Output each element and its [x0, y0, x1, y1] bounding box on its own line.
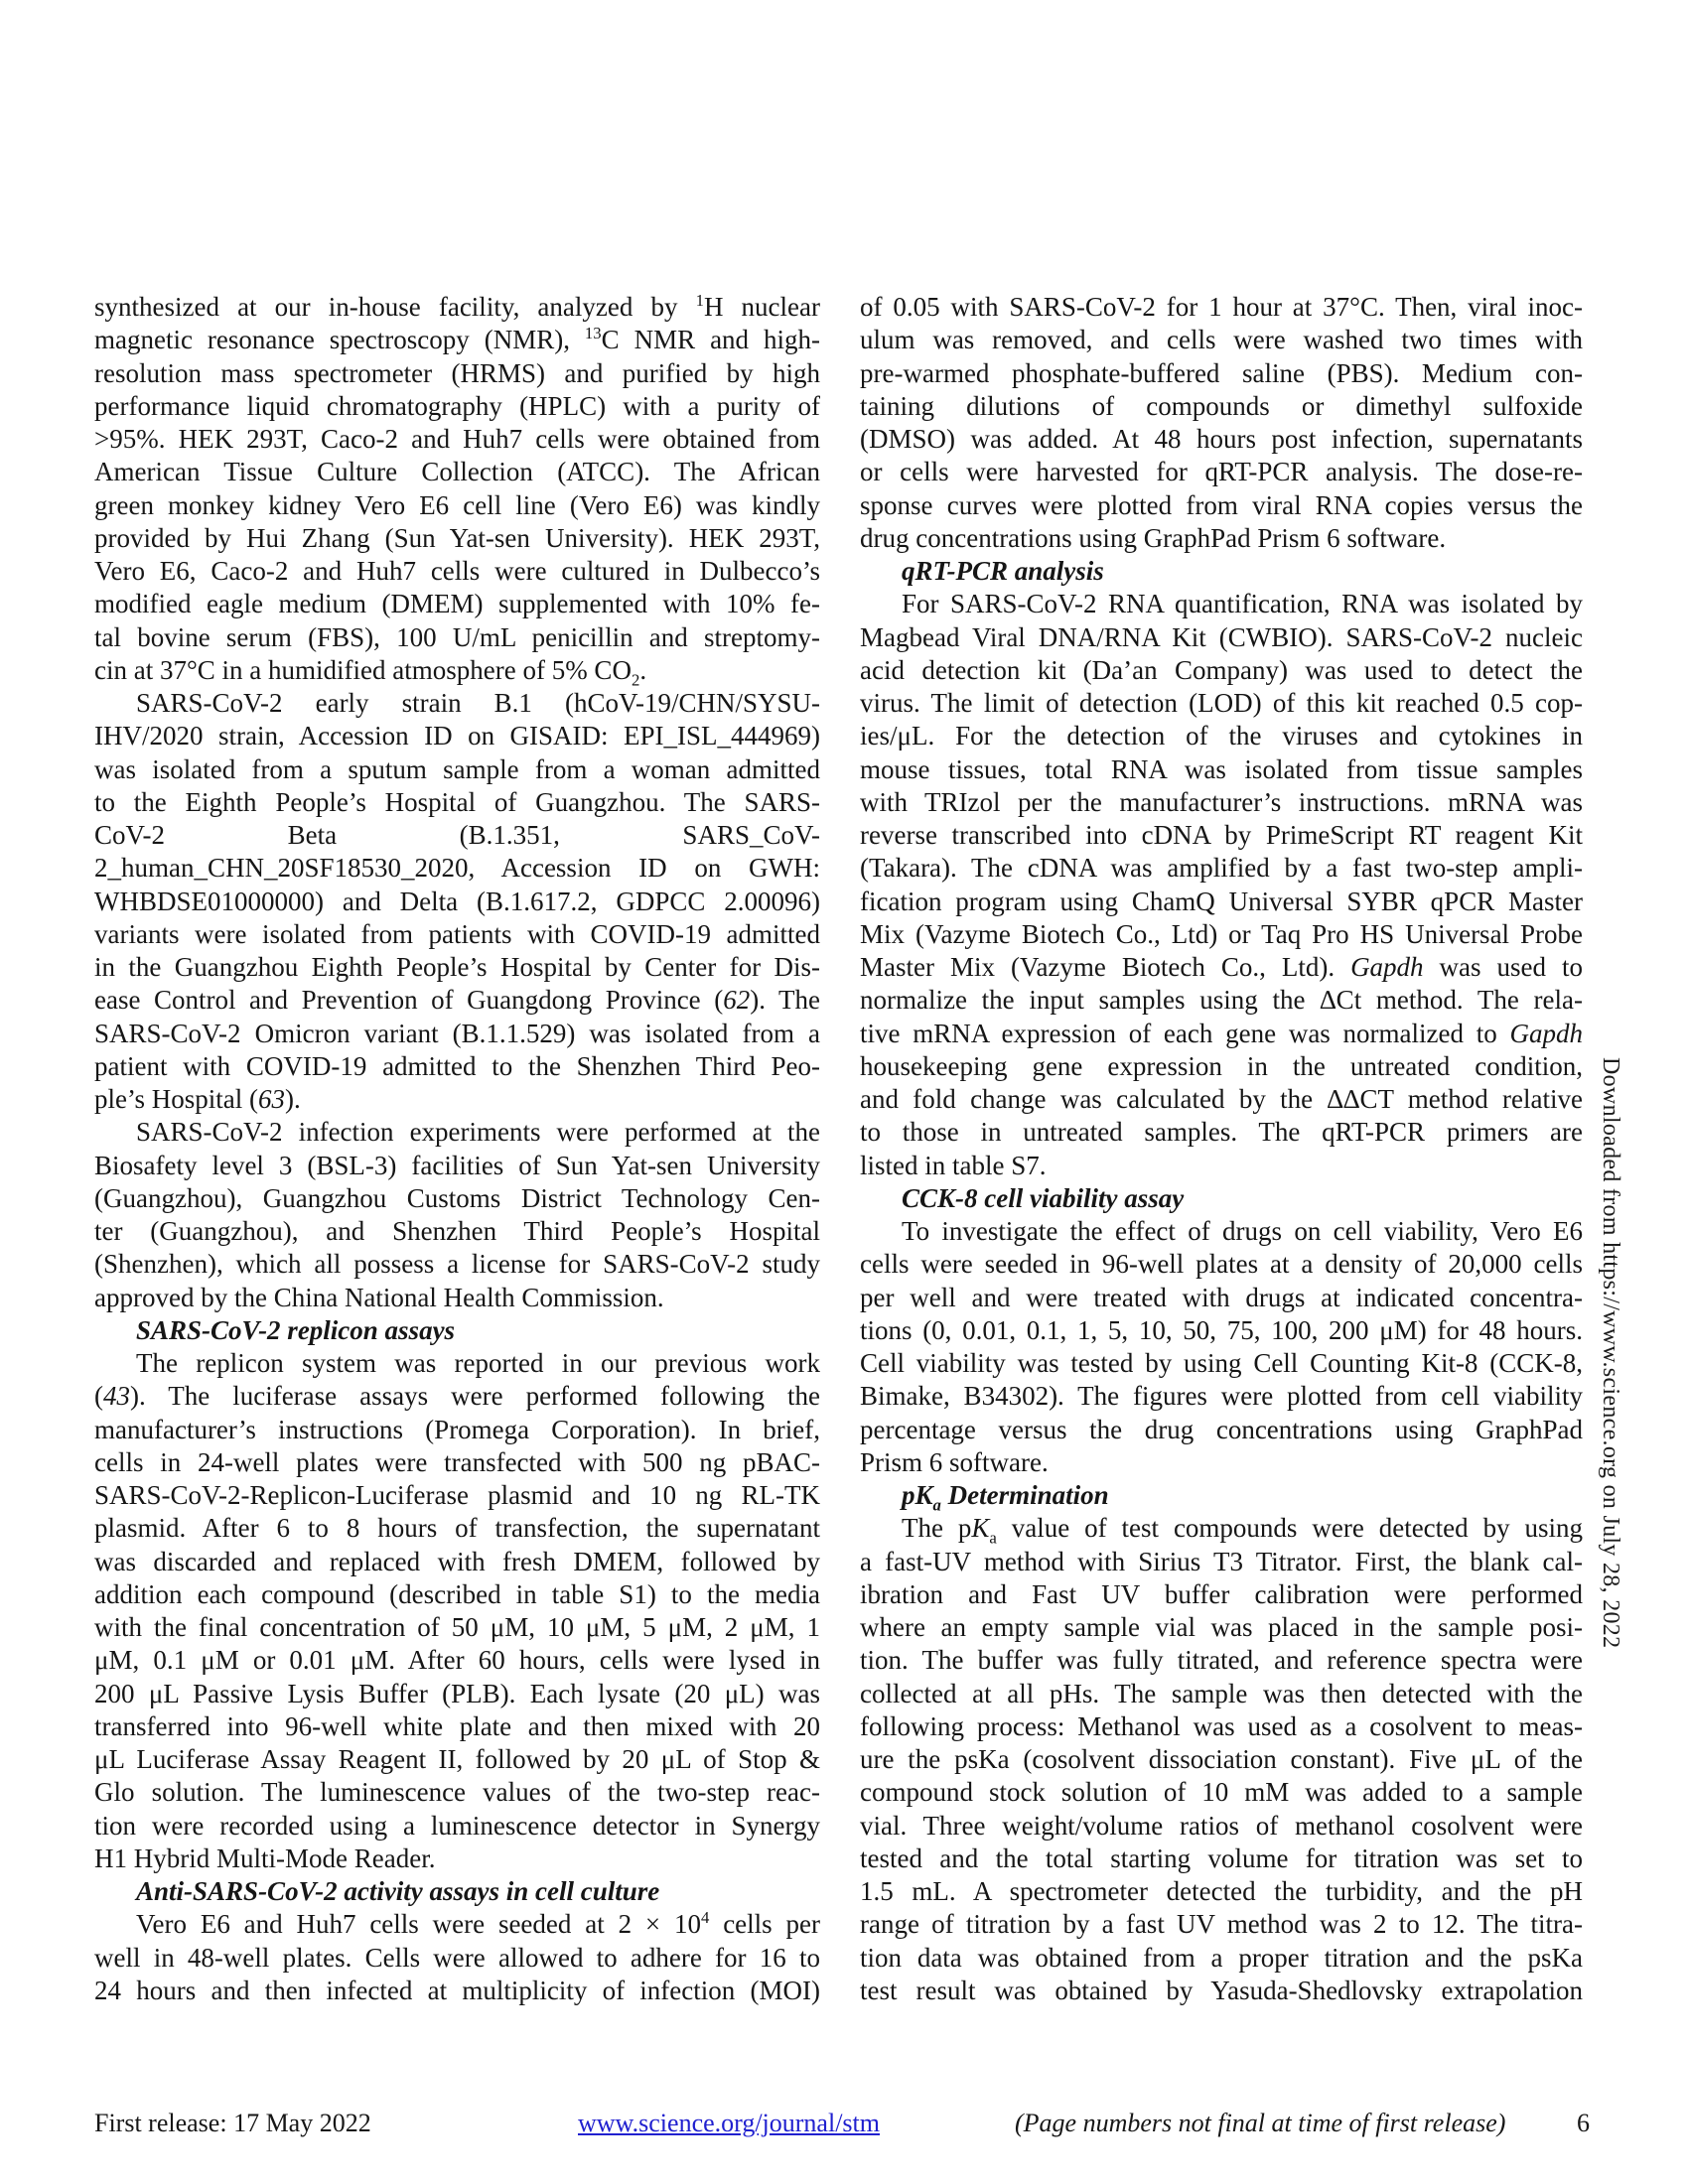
section-heading: pKa Determination [860, 1479, 1583, 1512]
text-line: taining dilutions of compounds or dimeth… [860, 390, 1583, 423]
text-line: tion were recorded using a luminescence … [94, 1810, 820, 1843]
text-line: test result was obtained by Yasuda-Shedl… [860, 1975, 1583, 2007]
right-column: of 0.05 with SARS-CoV-2 for 1 hour at 37… [860, 291, 1583, 2007]
text-line: housekeeping gene expression in the untr… [860, 1050, 1583, 1083]
text-line: was isolated from a sputum sample from a… [94, 753, 820, 786]
text-line: ies/μL. For the detection of the viruses… [860, 720, 1583, 752]
text-line: Glo solution. The luminescence values of… [94, 1776, 820, 1809]
paragraph: Vero E6 and Huh7 cells were seeded at 2 … [94, 1908, 820, 2007]
page-footer: First release: 17 May 2022 www.science.o… [0, 2109, 1688, 2148]
text-line: provided by Hui Zhang (Sun Yat-sen Unive… [94, 522, 820, 555]
text-line: ter (Guangzhou), and Shenzhen Third Peop… [94, 1215, 820, 1248]
footer-page-note: (Page numbers not final at time of first… [1015, 2109, 1505, 2138]
footer-release-date: First release: 17 May 2022 [94, 2109, 371, 2138]
text-line: percentage versus the drug concentration… [860, 1414, 1583, 1446]
text-line: IHV/2020 strain, Accession ID on GISAID:… [94, 720, 820, 752]
text-line: per well and were treated with drugs at … [860, 1282, 1583, 1314]
paragraph: The replicon system was reported in our … [94, 1347, 820, 1875]
text-line: Vero E6, Caco-2 and Huh7 cells were cult… [94, 555, 820, 588]
text-line: Cell viability was tested by using Cell … [860, 1347, 1583, 1380]
text-line: Biosafety level 3 (BSL-3) facilities of … [94, 1150, 820, 1182]
text-line: ure the psKa (cosolvent dissociation con… [860, 1743, 1583, 1776]
text-line: For SARS-CoV-2 RNA quantification, RNA w… [860, 588, 1583, 620]
text-line: 1.5 mL. A spectrometer detected the turb… [860, 1875, 1583, 1908]
text-line: tion data was obtained from a proper tit… [860, 1942, 1583, 1975]
text-line: normalize the input samples using the ∆C… [860, 984, 1583, 1017]
paragraph: synthesized at our in-house facility, an… [94, 291, 820, 687]
text-line: The replicon system was reported in our … [94, 1347, 820, 1380]
text-line: cells in 24-well plates were transfected… [94, 1446, 820, 1479]
text-line: SARS-CoV-2 early strain B.1 (hCoV-19/CHN… [94, 687, 820, 720]
text-line: tion. The buffer was fully titrated, and… [860, 1644, 1583, 1677]
text-line: variants were isolated from patients wit… [94, 918, 820, 951]
text-line: acid detection kit (Da’an Company) was u… [860, 654, 1583, 687]
text-line: tal bovine serum (FBS), 100 U/mL penicil… [94, 621, 820, 654]
text-line: performance liquid chromatography (HPLC)… [94, 390, 820, 423]
text-line: of 0.05 with SARS-CoV-2 for 1 hour at 37… [860, 291, 1583, 324]
text-line: cin at 37°C in a humidified atmosphere o… [94, 654, 820, 687]
text-line: in the Guangzhou Eighth People’s Hospita… [94, 951, 820, 984]
text-line: or cells were harvested for qRT-PCR anal… [860, 456, 1583, 488]
text-line: and fold change was calculated by the ∆∆… [860, 1083, 1583, 1116]
text-line: reverse transcribed into cDNA by PrimeSc… [860, 819, 1583, 852]
text-line: approved by the China National Health Co… [94, 1282, 820, 1314]
text-line: ple’s Hospital (63). [94, 1083, 820, 1116]
text-line: tions (0, 0.01, 0.1, 1, 5, 10, 50, 75, 1… [860, 1314, 1583, 1347]
text-line: ulum was removed, and cells were washed … [860, 324, 1583, 356]
text-line: with TRIzol per the manufacturer’s instr… [860, 786, 1583, 819]
text-line: sponse curves were plotted from viral RN… [860, 489, 1583, 522]
text-line: Magbead Viral DNA/RNA Kit (CWBIO). SARS-… [860, 621, 1583, 654]
text-line: well in 48-well plates. Cells were allow… [94, 1942, 820, 1975]
text-line: Bimake, B34302). The figures were plotte… [860, 1380, 1583, 1413]
text-line: CoV-2 Beta (B.1.351, SARS_CoV- [94, 819, 820, 852]
text-line: a fast-UV method with Sirius T3 Titrator… [860, 1546, 1583, 1578]
text-line: Master Mix (Vazyme Biotech Co., Ltd). Ga… [860, 951, 1583, 984]
paragraph: The pKa value of test compounds were det… [860, 1512, 1583, 2007]
text-line: ibration and Fast UV buffer calibration … [860, 1578, 1583, 1611]
text-line: (Guangzhou), Guangzhou Customs District … [94, 1182, 820, 1215]
text-line: μM, 0.1 μM or 0.01 μM. After 60 hours, c… [94, 1644, 820, 1677]
document-page: synthesized at our in-house facility, an… [0, 0, 1688, 2184]
text-line: listed in table S7. [860, 1150, 1583, 1182]
text-line: drug concentrations using GraphPad Prism… [860, 522, 1583, 555]
text-line: The pKa value of test compounds were det… [860, 1512, 1583, 1545]
paragraph: For SARS-CoV-2 RNA quantification, RNA w… [860, 588, 1583, 1182]
footer-journal-link[interactable]: www.science.org/journal/stm [578, 2109, 880, 2138]
text-line: to the Eighth People’s Hospital of Guang… [94, 786, 820, 819]
text-line: range of titration by a fast UV method w… [860, 1908, 1583, 1941]
section-heading: CCK-8 cell viability assay [860, 1182, 1583, 1215]
text-line: fication program using ChamQ Universal S… [860, 886, 1583, 918]
text-line: (Shenzhen), which all possess a license … [94, 1248, 820, 1281]
text-line: tested and the total starting volume for… [860, 1843, 1583, 1875]
text-line: virus. The limit of detection (LOD) of t… [860, 687, 1583, 720]
text-line: American Tissue Culture Collection (ATCC… [94, 456, 820, 488]
text-line: Prism 6 software. [860, 1446, 1583, 1479]
text-line: SARS-CoV-2-Replicon-Luciferase plasmid a… [94, 1479, 820, 1512]
left-column: synthesized at our in-house facility, an… [94, 291, 820, 2007]
download-watermark: Downloaded from https://www.science.org … [1597, 1057, 1623, 1703]
paragraph: To investigate the effect of drugs on ce… [860, 1215, 1583, 1479]
text-line: collected at all pHs. The sample was the… [860, 1678, 1583, 1710]
article-body: synthesized at our in-house facility, an… [94, 291, 1583, 2007]
section-heading: SARS-CoV-2 replicon assays [94, 1314, 820, 1347]
text-line: ease Control and Prevention of Guangdong… [94, 984, 820, 1017]
text-line: (Takara). The cDNA was amplified by a fa… [860, 852, 1583, 885]
text-line: plasmid. After 6 to 8 hours of transfect… [94, 1512, 820, 1545]
text-line: WHBDSE01000000) and Delta (B.1.617.2, GD… [94, 886, 820, 918]
text-line: where an empty sample vial was placed in… [860, 1611, 1583, 1644]
text-line: transferred into 96-well white plate and… [94, 1710, 820, 1743]
text-line: was discarded and replaced with fresh DM… [94, 1546, 820, 1578]
text-line: (DMSO) was added. At 48 hours post infec… [860, 423, 1583, 456]
text-line: pre-warmed phosphate-buffered saline (PB… [860, 357, 1583, 390]
text-line: mouse tissues, total RNA was isolated fr… [860, 753, 1583, 786]
text-line: manufacturer’s instructions (Promega Cor… [94, 1414, 820, 1446]
text-line: tive mRNA expression of each gene was no… [860, 1018, 1583, 1050]
text-line: synthesized at our in-house facility, an… [94, 291, 820, 324]
text-line: green monkey kidney Vero E6 cell line (V… [94, 489, 820, 522]
text-line: (43). The luciferase assays were perform… [94, 1380, 820, 1413]
text-line: modified eagle medium (DMEM) supplemente… [94, 588, 820, 620]
text-line: 24 hours and then infected at multiplici… [94, 1975, 820, 2007]
text-line: patient with COVID-19 admitted to the Sh… [94, 1050, 820, 1083]
text-line: μL Luciferase Assay Reagent II, followed… [94, 1743, 820, 1776]
text-line: Vero E6 and Huh7 cells were seeded at 2 … [94, 1908, 820, 1941]
text-line: SARS-CoV-2 Omicron variant (B.1.1.529) w… [94, 1018, 820, 1050]
text-line: resolution mass spectrometer (HRMS) and … [94, 357, 820, 390]
text-line: with the final concentration of 50 μM, 1… [94, 1611, 820, 1644]
text-line: vial. Three weight/volume ratios of meth… [860, 1810, 1583, 1843]
text-line: compound stock solution of 10 mM was add… [860, 1776, 1583, 1809]
text-line: 200 μL Passive Lysis Buffer (PLB). Each … [94, 1678, 820, 1710]
text-line: H1 Hybrid Multi-Mode Reader. [94, 1843, 820, 1875]
footer-page-number: 6 [1577, 2109, 1590, 2138]
section-heading: Anti-SARS-CoV-2 activity assays in cell … [94, 1875, 820, 1908]
text-line: 2_human_CHN_20SF18530_2020, Accession ID… [94, 852, 820, 885]
text-line: Mix (Vazyme Biotech Co., Ltd) or Taq Pro… [860, 918, 1583, 951]
paragraph: SARS-CoV-2 early strain B.1 (hCoV-19/CHN… [94, 687, 820, 1116]
text-line: SARS-CoV-2 infection experiments were pe… [94, 1116, 820, 1149]
text-line: >95%. HEK 293T, Caco-2 and Huh7 cells we… [94, 423, 820, 456]
text-line: following process: Methanol was used as … [860, 1710, 1583, 1743]
text-line: To investigate the effect of drugs on ce… [860, 1215, 1583, 1248]
paragraph: of 0.05 with SARS-CoV-2 for 1 hour at 37… [860, 291, 1583, 555]
text-line: magnetic resonance spectroscopy (NMR), 1… [94, 324, 820, 356]
text-line: to those in untreated samples. The qRT-P… [860, 1116, 1583, 1149]
text-line: addition each compound (described in tab… [94, 1578, 820, 1611]
section-heading: qRT-PCR analysis [860, 555, 1583, 588]
paragraph: SARS-CoV-2 infection experiments were pe… [94, 1116, 820, 1314]
text-line: cells were seeded in 96-well plates at a… [860, 1248, 1583, 1281]
